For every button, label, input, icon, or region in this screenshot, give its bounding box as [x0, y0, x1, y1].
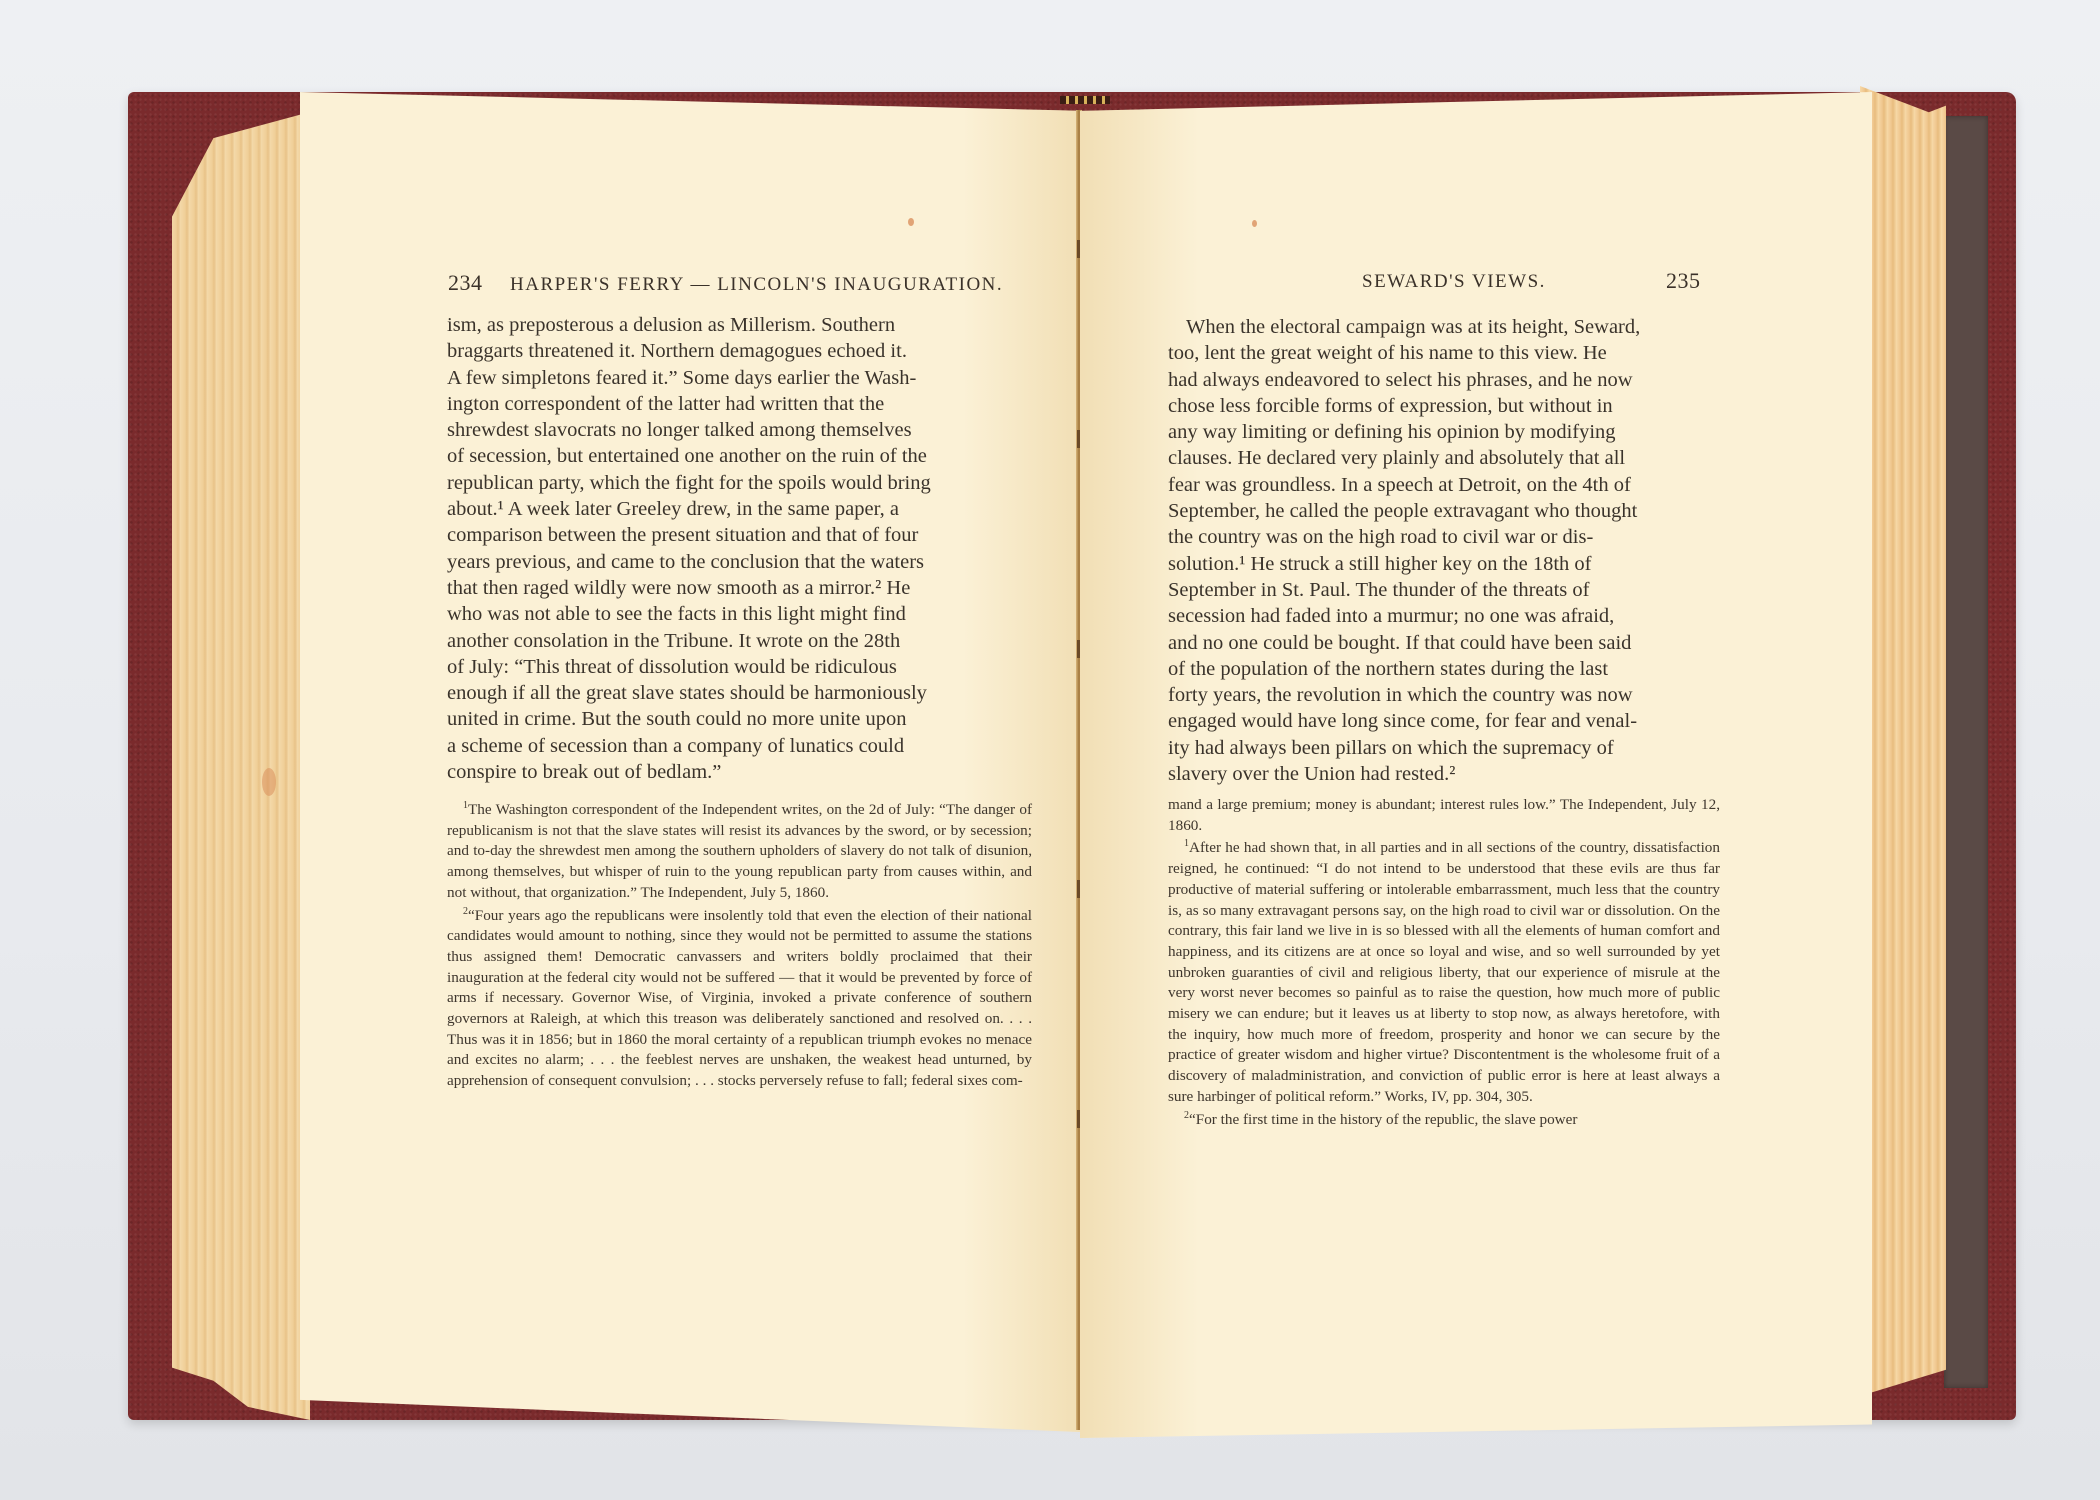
text-line: slavery over the Union had rested.²	[1168, 761, 1720, 787]
text-line: that then raged wildly were now smooth a…	[447, 575, 1032, 601]
text-line: of secession, but entertained one anothe…	[447, 443, 1032, 469]
binding-stitch	[1077, 880, 1080, 898]
footnote-continuation: mand a large premium; money is abundant;…	[1168, 795, 1720, 836]
text-line: conspire to break out of bedlam.”	[447, 759, 1032, 785]
text-line: chose less forcible forms of expression,…	[1168, 393, 1720, 419]
text-line: republican party, which the fight for th…	[447, 470, 1032, 496]
right-body-text: When the electoral campaign was at its h…	[1168, 314, 1720, 787]
page-edges-right	[1860, 86, 1946, 1396]
foxing-spot	[1252, 220, 1257, 227]
endpaper	[1944, 116, 1988, 1388]
text-line: A few simpletons feared it.” Some days e…	[447, 365, 1032, 391]
text-line: who was not able to see the facts in thi…	[447, 601, 1032, 627]
text-line: any way limiting or defining his opinion…	[1168, 419, 1720, 445]
text-line: solution.¹ He struck a still higher key …	[1168, 551, 1720, 577]
text-line: secession had faded into a murmur; no on…	[1168, 603, 1720, 629]
left-body-text: ism, as preposterous a delusion as Mille…	[447, 312, 1032, 785]
binding-stitch	[1077, 430, 1080, 448]
text-line: the country was on the high road to civi…	[1168, 524, 1720, 550]
page-number: 235	[1666, 268, 1701, 293]
text-line: years previous, and came to the conclusi…	[447, 549, 1032, 575]
page-edges-left	[172, 112, 310, 1420]
text-line: of July: “This threat of dissolution wou…	[447, 654, 1032, 680]
footnote: 2“For the first time in the history of t…	[1168, 1110, 1720, 1131]
text-line: shrewdest slavocrats no longer talked am…	[447, 417, 1032, 443]
text-line: of the population of the northern states…	[1168, 656, 1720, 682]
text-line: ington correspondent of the latter had w…	[447, 391, 1032, 417]
page-number: 234	[448, 270, 483, 295]
text-line: had always endeavored to select his phra…	[1168, 367, 1720, 393]
left-running-head: 234 HARPER'S FERRY — LINCOLN'S INAUGURAT…	[448, 270, 1003, 296]
text-line: united in crime. But the south could no …	[447, 706, 1032, 732]
footnote: 1The Washington correspondent of the Ind…	[447, 800, 1032, 904]
text-line: enough if all the great slave states sho…	[447, 680, 1032, 706]
right-running-head: SEWARD'S VIEWS.	[1362, 270, 1546, 293]
binding-stitch	[1077, 1110, 1080, 1128]
text-line: fear was groundless. In a speech at Detr…	[1168, 472, 1720, 498]
text-line: engaged would have long since come, for …	[1168, 708, 1720, 734]
footnote: 1After he had shown that, in all parties…	[1168, 838, 1720, 1107]
text-line: ity had always been pillars on which the…	[1168, 735, 1720, 761]
headband-top	[1060, 96, 1110, 104]
text-line: forty years, the revolution in which the…	[1168, 682, 1720, 708]
text-line: about.¹ A week later Greeley drew, in th…	[447, 496, 1032, 522]
text-line: September, he called the people extravag…	[1168, 498, 1720, 524]
chapter-title: SEWARD'S VIEWS.	[1362, 271, 1546, 292]
text-line: another consolation in the Tribune. It w…	[447, 628, 1032, 654]
right-page-number-wrap: 235	[1666, 268, 1701, 294]
text-line: When the electoral campaign was at its h…	[1168, 314, 1720, 340]
footnote: 2“Four years ago the republicans were in…	[447, 906, 1032, 1092]
text-line: too, lent the great weight of his name t…	[1168, 340, 1720, 366]
text-line: ism, as preposterous a delusion as Mille…	[447, 312, 1032, 338]
text-line: September in St. Paul. The thunder of th…	[1168, 577, 1720, 603]
text-line: clauses. He declared very plainly and ab…	[1168, 445, 1720, 471]
binding-stitch	[1077, 640, 1080, 658]
foxing-spot	[262, 768, 276, 796]
text-line: braggarts threatened it. Northern demago…	[447, 338, 1032, 364]
left-footnotes: 1The Washington correspondent of the Ind…	[447, 800, 1032, 1094]
right-footnotes: mand a large premium; money is abundant;…	[1168, 795, 1720, 1132]
text-line: comparison between the present situation…	[447, 522, 1032, 548]
foxing-spot	[908, 218, 914, 226]
chapter-title: HARPER'S FERRY — LINCOLN'S INAUGURATION.	[510, 274, 1003, 295]
text-line: and no one could be bought. If that coul…	[1168, 630, 1720, 656]
binding-stitch	[1077, 240, 1080, 258]
text-line: a scheme of secession than a company of …	[447, 733, 1032, 759]
